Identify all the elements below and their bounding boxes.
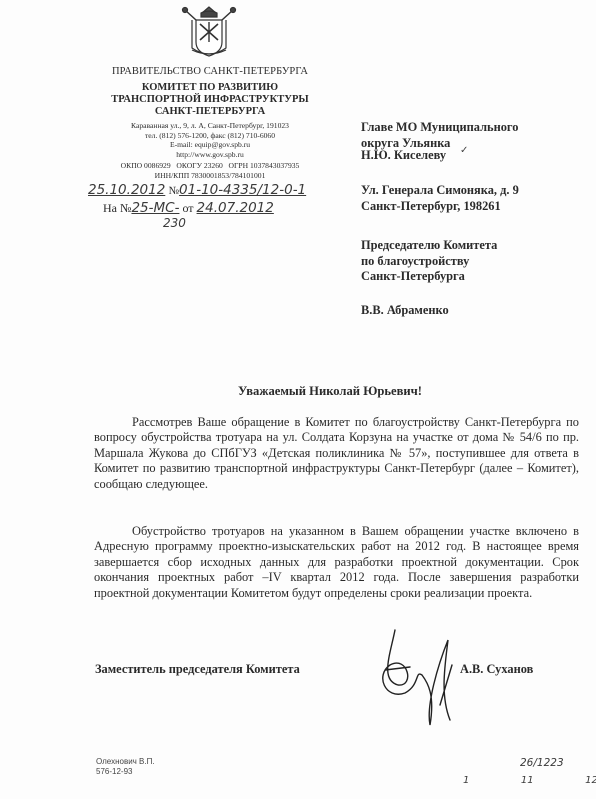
addressee-abramenko: В.В. Абраменко bbox=[361, 303, 449, 319]
addressee-head-mo: Главе МО Муниципального округа Ульянка bbox=[361, 120, 518, 151]
addressee-line: по благоустройству bbox=[361, 254, 497, 270]
check-mark-icon: ✓ bbox=[460, 145, 468, 156]
codes-block: ОКПО 0086929 ОКОГУ 23260 ОГРН 1037843037… bbox=[82, 161, 338, 180]
executor-phone: 576-12-93 bbox=[96, 767, 155, 777]
coat-of-arms-icon bbox=[178, 4, 240, 62]
committee-line-2: ТРАНСПОРТНОЙ ИНФРАСТРУКТУРЫ bbox=[82, 94, 338, 106]
from-label: от bbox=[182, 201, 193, 215]
paragraph-text: Обустройство тротуаров на указанном в Ва… bbox=[94, 524, 579, 601]
registration-number: 01-10-4335/12-0-1 bbox=[179, 182, 306, 198]
addressee-line: Санкт-Петербурга bbox=[361, 269, 497, 285]
paragraph-text: Рассмотрев Ваше обращение в Комитет по б… bbox=[94, 415, 579, 492]
incoming-number: 26/1223 bbox=[520, 757, 564, 769]
email: E-mail: equip@gov.spb.ru bbox=[82, 140, 338, 150]
addressee-line: Ул. Генерала Симоняка, д. 9 bbox=[361, 183, 519, 199]
reply-number: 25-МС- bbox=[131, 200, 179, 216]
phone-fax: тел. (812) 576-1200, факс (812) 710-6060 bbox=[82, 131, 338, 141]
handwritten-signature-icon bbox=[360, 625, 480, 735]
body-paragraph-2: Обустройство тротуаров на указанном в Ва… bbox=[94, 524, 579, 601]
contacts-block: Караванная ул., 9, л. А, Санкт-Петербург… bbox=[82, 121, 338, 159]
number-label: № bbox=[169, 185, 180, 197]
reply-date: 24.07.2012 bbox=[197, 200, 274, 216]
reply-number-suffix: 230 bbox=[163, 216, 186, 230]
website: http://www.gov.spb.ru bbox=[82, 150, 338, 160]
addressee-kiselev: Н.Ю. Киселеву bbox=[361, 148, 446, 164]
salutation: Уважаемый Николай Юрьевич! bbox=[80, 384, 580, 399]
reply-label: На № bbox=[103, 201, 131, 215]
addressee-address: Ул. Генерала Симоняка, д. 9 Санкт-Петерб… bbox=[361, 183, 519, 214]
registration-date: 25.10.2012 bbox=[88, 182, 165, 198]
government-name: ПРАВИТЕЛЬСТВО САНКТ-ПЕТЕРБУРГА bbox=[82, 66, 338, 77]
okpo-codes: ОКПО 0086929 ОКОГУ 23260 ОГРН 1037843037… bbox=[82, 161, 338, 171]
committee-line-1: КОМИТЕТ ПО РАЗВИТИЮ bbox=[82, 82, 338, 94]
addressee-line: В.В. Абраменко bbox=[361, 303, 449, 319]
committee-line-3: САНКТ-ПЕТЕРБУРГА bbox=[82, 106, 338, 118]
body-paragraph-1: Рассмотрев Ваше обращение в Комитет по б… bbox=[94, 415, 579, 492]
signer-name: А.В. Суханов bbox=[460, 662, 533, 677]
executor-name: Олехнович В.П. bbox=[96, 757, 155, 767]
addressee-line: Н.Ю. Киселеву bbox=[361, 148, 446, 164]
registration-line: 25.10.2012 №01-10-4335/12-0-1 bbox=[88, 182, 306, 198]
incoming-date: 1 11 12 bbox=[463, 775, 596, 786]
executor-block: Олехнович В.П. 576-12-93 bbox=[96, 757, 155, 777]
committee-name: КОМИТЕТ ПО РАЗВИТИЮ ТРАНСПОРТНОЙ ИНФРАСТ… bbox=[82, 82, 338, 118]
inn-kpp: ИНН/КПП 7830001853/784101001 bbox=[82, 171, 338, 181]
reply-reference-line: На №25-МС- от 24.07.2012 bbox=[103, 200, 274, 216]
addressee-chairman: Председателю Комитета по благоустройству… bbox=[361, 238, 497, 285]
addressee-line: Главе МО Муниципального bbox=[361, 120, 518, 136]
addressee-line: Председателю Комитета bbox=[361, 238, 497, 254]
signer-title: Заместитель председателя Комитета bbox=[95, 662, 300, 677]
addressee-line: Санкт-Петербург, 198261 bbox=[361, 199, 519, 215]
address: Караванная ул., 9, л. А, Санкт-Петербург… bbox=[82, 121, 338, 131]
